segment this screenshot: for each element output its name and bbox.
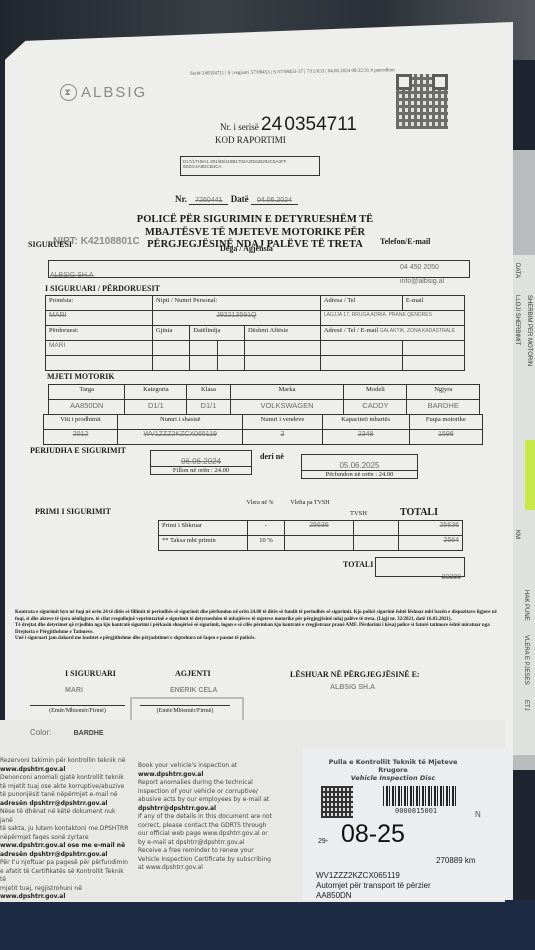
col-gender: Gjinia xyxy=(153,326,190,341)
date-value: 04.06.2024 xyxy=(251,197,298,205)
grand-total-label: TOTALI xyxy=(343,560,373,569)
info-line: Vehicle Inspection Certificate by subscr… xyxy=(138,856,278,865)
tax-row-vat xyxy=(354,536,399,551)
serial-label: Nr. i serisë xyxy=(220,122,259,132)
user-value: MARI xyxy=(49,342,65,349)
col-make: Marka xyxy=(230,385,344,400)
col-license: Dëshmi Aftësie xyxy=(244,326,320,341)
col-pct: Vlera në % xyxy=(245,500,275,506)
grand-total-value: 28200 xyxy=(442,574,461,581)
seats-value: 2 xyxy=(281,431,285,438)
branch-label: Dega / Agjensia xyxy=(220,244,273,253)
service-label-parts: VLERA E PJESES xyxy=(523,635,529,685)
info-line: abusive acts by our employees by e-mail … xyxy=(138,796,278,805)
info-link[interactable]: www.dpshtrr.gov.al xyxy=(0,893,65,900)
agent-signature-name: ENERIK CELA xyxy=(170,687,217,694)
period-end-box: 05.06.2025 Përfundon në orën : 24.00 xyxy=(301,454,418,479)
premium-table: Primi i Shkruar - 25636 25636 ** Taksa m… xyxy=(158,520,463,551)
premium-row-name: Primi i Shkruar xyxy=(159,521,248,536)
qr-code-icon xyxy=(396,74,448,129)
info-line: të punonjësit tanë nëpërmjet e-mail në xyxy=(0,791,130,800)
col-vin: Numri i shasisë xyxy=(117,415,242,430)
info-email[interactable]: adresën dpshtrr@dpshtrr.gov.al xyxy=(0,851,107,858)
info-line: Denonconi anomali gjatë kontrollit tekni… xyxy=(0,774,130,783)
info-line: Book your vehicle's inspection at xyxy=(138,762,278,771)
col-year: Viti i prodhimit xyxy=(44,415,118,430)
period-until-label: deri në xyxy=(260,452,284,461)
disc-vehicle-type: Automjet për transport të përzier xyxy=(316,881,431,890)
highlighter-mark xyxy=(525,440,535,510)
insured-signature-label: I SIGURUARI xyxy=(65,669,116,678)
address-line-2: GALAKTIK, ZONA KADASTRALE xyxy=(380,328,455,334)
col-class: Klasa xyxy=(187,385,230,400)
serial-number: Nr. i serisë 24 0354711 xyxy=(220,114,357,136)
info-line: our official web page www.dpshtrr.gov.al… xyxy=(138,830,278,839)
period-end: 05.06.2025 xyxy=(302,455,417,470)
power-value: 1598 xyxy=(438,431,454,438)
info-line: nëpërmjet faqes sonë zyrtare xyxy=(0,834,130,843)
col-birthdate: Datëlindja xyxy=(190,326,245,341)
vehicle-table-2: Viti i prodhimit Numri i shasisë Numri i… xyxy=(43,414,483,445)
serial-value: 0354711 xyxy=(284,114,357,135)
issuer-label: LËSHUAR NË PËRGJEGJËSINË E: xyxy=(290,670,420,679)
grand-total-box: 28200 xyxy=(375,557,465,577)
legal-paragraph-3: Unë i siguruari jam dakord me kushtet e … xyxy=(15,636,505,643)
insurance-policy-document: Seri# 240354711 | S | regjistri 57/08453… xyxy=(5,22,513,777)
col-personal-no: Nipti / Numri Personal: xyxy=(153,296,321,311)
col-color: Ngjyra xyxy=(407,385,480,400)
col-address: Adresa / Tel xyxy=(320,296,402,311)
vehicle-inspection-disc: Pulla e Kontrollit Teknik të Mjeteve Rru… xyxy=(303,748,513,900)
vin-value: WV1ZZZ2KZCX065119 xyxy=(144,431,217,438)
col-user-address: Adresë / Tel / E-mail xyxy=(324,327,378,334)
info-line: by e-mail at dpshtrr@dpshtrr.gov.al xyxy=(138,839,278,848)
info-line: Për t'u njoftuar pa pagesë për përfundim… xyxy=(0,859,130,868)
period-start: 06.06.2024 xyxy=(151,451,251,466)
disc-title: Pulla e Kontrollit Teknik të Mjeteve Rru… xyxy=(318,758,468,782)
insurer-label: SIGURUESI xyxy=(28,240,72,249)
info-line: Nëse të dhënat në këtë dokument nuk janë xyxy=(0,808,130,825)
reporting-code-line-2: 9DDC4A9DCB4CA xyxy=(183,164,317,169)
service-label-km: KM xyxy=(514,530,520,539)
owner-value: MARI xyxy=(49,312,67,319)
disc-expiry: 08-25 xyxy=(341,820,405,849)
color-value: BARDHE xyxy=(74,730,104,737)
nr-value: 7260441 xyxy=(189,197,228,205)
vehicle-table: Targa Kategoria Klasa Marka Modeli Ngjyr… xyxy=(48,384,480,415)
service-label-etc: ETJ xyxy=(523,700,529,711)
color-value: BARDHE xyxy=(428,401,459,410)
premium-row-total: 25636 xyxy=(440,522,459,529)
model-value: CADDY xyxy=(362,401,388,410)
reporting-code-label: KOD RAPORTIMI xyxy=(215,135,286,145)
info-line: Report anomalies during the technical xyxy=(138,779,278,788)
make-value: VOLKSWAGEN xyxy=(260,401,313,410)
info-link[interactable]: www.dpshtrr.gov.al ose me e-mail në xyxy=(0,842,125,849)
insured-signature-name: MARI xyxy=(65,687,83,694)
premium-row-net: 25636 xyxy=(309,522,328,529)
serial-prefix: 24 xyxy=(261,114,282,135)
period-start-box: 06.06.2024 Fillon në orën : 24.00 xyxy=(150,450,252,475)
period-start-note: Fillon në orën : 24.00 xyxy=(151,466,251,474)
personal-no-value: J92213591Q xyxy=(216,312,256,319)
col-category: Kategoria xyxy=(125,385,187,400)
albsig-logo: ⧗ ALBSIG xyxy=(60,84,147,101)
info-line: të sakta, ju lutem kontaktoni me DPSHTRR xyxy=(0,825,130,834)
info-line: inspection of your vehicle or corruptive… xyxy=(138,788,278,797)
info-line: të mjetit tuaj ose akte korruptive/abuzi… xyxy=(0,783,130,792)
reporting-code-box: D17/1TH9A1 801/86/118B1702A2D81B282C5A3F… xyxy=(180,156,320,176)
premium-label: PRIMI I SIGURIMIT xyxy=(35,507,111,516)
phone-email-label: Telefon/E-mail xyxy=(380,237,430,246)
user-label: Përdoruesi: xyxy=(46,326,153,341)
info-email[interactable]: adresën dpshtrr@dpshtrr.gov.al xyxy=(0,800,107,807)
col-capacity: Kapaciteti mbartës xyxy=(322,415,409,430)
premium-row-pct: - xyxy=(248,521,285,536)
info-line: mjetit tuaj, regjistrohuni në xyxy=(0,885,130,894)
period-label: PERIUDHA E SIGURIMIT xyxy=(30,446,126,455)
class-value: D1/1 xyxy=(201,401,217,410)
nr-label: Nr. xyxy=(175,194,187,204)
col-power: Fuqia motorike xyxy=(409,415,482,430)
insurer-phone: 04 450 2050 xyxy=(400,264,439,271)
insured-table: Pronësia: Nipti / Numri Personal: Adresa… xyxy=(45,295,465,371)
premium-row-vat xyxy=(354,521,399,536)
year-value: 2012 xyxy=(73,431,89,438)
legal-paragraph-1: Kontrata e sigurimit hyn në fuqi në orën… xyxy=(15,610,505,623)
title-line: MBAJTËSVE TË MJETEVE MOTORIKE PËR xyxy=(135,227,375,240)
insured-section-label: I SIGURUARI / PËRDORUESIT xyxy=(45,284,160,293)
issuer-name: ALBSIG SH.A xyxy=(330,684,375,691)
category-value: D1/1 xyxy=(148,401,164,410)
capacity-value: 2348 xyxy=(358,431,374,438)
vehicle-section-label: MJETI MOTORIK xyxy=(47,372,115,381)
info-line: at www.dpshtrr.gov.al xyxy=(138,864,278,873)
tax-row-name: ** Taksa mbi primin xyxy=(159,536,248,551)
disc-day: 29- xyxy=(318,838,328,845)
legal-paragraph-2: Të drejtat dhe detyrimet që rrjedhin nga… xyxy=(15,623,505,636)
col-ownership: Pronësia: xyxy=(46,296,153,311)
info-line: If any of the details in this document a… xyxy=(138,813,278,822)
english-info-text: Book your vehicle's inspection at www.dp… xyxy=(138,762,278,873)
disc-letter: N xyxy=(475,810,481,819)
info-line: correct, please contact the GDRTS throug… xyxy=(138,822,278,831)
barcode-icon xyxy=(383,786,458,806)
address-line-1: LAGJJA 17, RRUGA ADRIA, PRANE QENDRES xyxy=(324,312,461,318)
info-link[interactable]: www.dpshtrr.gov.al xyxy=(138,771,203,778)
info-line: e afatit të Certifikatës së Kontrollit T… xyxy=(0,868,130,885)
barcode-number: 0000815001 xyxy=(395,807,437,815)
albanian-info-text: Rezervoni takimin për kontrollin teknik … xyxy=(0,757,130,902)
color-row: Color: BARDHE xyxy=(30,728,104,737)
period-end-note: Përfundon në orën : 24.00 xyxy=(302,470,417,478)
tax-row-total: 2564 xyxy=(443,537,459,544)
insured-signature-line: (Emër/Mbiemër/Firmë) xyxy=(30,705,125,714)
info-line: Receive a free reminder to renew your xyxy=(138,847,278,856)
legal-terms: Kontrata e sigurimit hyn në fuqi në orën… xyxy=(15,610,505,643)
col-net: Vlefta pa TVSH xyxy=(290,500,330,506)
background-bottom xyxy=(0,900,535,950)
service-label-date: DATA xyxy=(514,263,520,278)
qr-code-icon xyxy=(321,786,353,818)
disc-vin: WV1ZZZ2KZCX065119 xyxy=(316,871,400,880)
number-date-row: Nr. 7260441 Datë 04.06.2024 xyxy=(175,194,298,204)
info-email[interactable]: dpshtrr@dpshtrr.gov.al xyxy=(138,805,216,812)
agent-signature-label: AGJENTI xyxy=(175,669,211,678)
plate-value: AA850DN xyxy=(70,401,103,410)
tax-row-net xyxy=(285,536,354,551)
tax-row-pct: 10 % xyxy=(248,536,285,551)
disc-title-en: Vehicle Inspection Disc xyxy=(351,774,435,782)
disc-odometer: 270889 km xyxy=(436,856,476,865)
color-label: Color: xyxy=(30,728,51,737)
title-line: POLICË PËR SIGURIMIN E DETYRUESHËM TË xyxy=(135,214,375,227)
disc-title-sq: Pulla e Kontrollit Teknik të Mjeteve Rru… xyxy=(318,758,468,774)
info-line: Rezervoni takimin për kontrollin teknik … xyxy=(0,757,130,766)
col-vat: TVSH xyxy=(350,510,367,517)
info-link[interactable]: www.dpshtrr.gov.al xyxy=(0,766,65,773)
service-label-type: LLOJI SHERBIMIT xyxy=(514,295,520,345)
col-total: TOTALI xyxy=(400,507,438,518)
date-label: Datë xyxy=(231,194,249,204)
logo-text: ALBSIG xyxy=(81,84,147,101)
disc-plate: AA850DN xyxy=(316,891,352,900)
insurer-name: ALBSIG SH.A xyxy=(50,272,94,279)
service-label-motor: SHERBIM PER MOTORIN xyxy=(526,295,532,366)
service-label-labor: HAK PUNE xyxy=(523,590,529,621)
col-seats: Numri i vendeve xyxy=(243,415,322,430)
insurer-email: info@albsig.al xyxy=(400,278,444,285)
col-model: Modeli xyxy=(344,385,407,400)
hourglass-logo-icon: ⧗ xyxy=(60,84,77,101)
col-plate: Targa xyxy=(49,385,125,400)
print-metadata-line: Seri# 240354711 | S | regjistri 57/08453… xyxy=(190,68,395,77)
col-email: E-mail xyxy=(402,296,464,311)
